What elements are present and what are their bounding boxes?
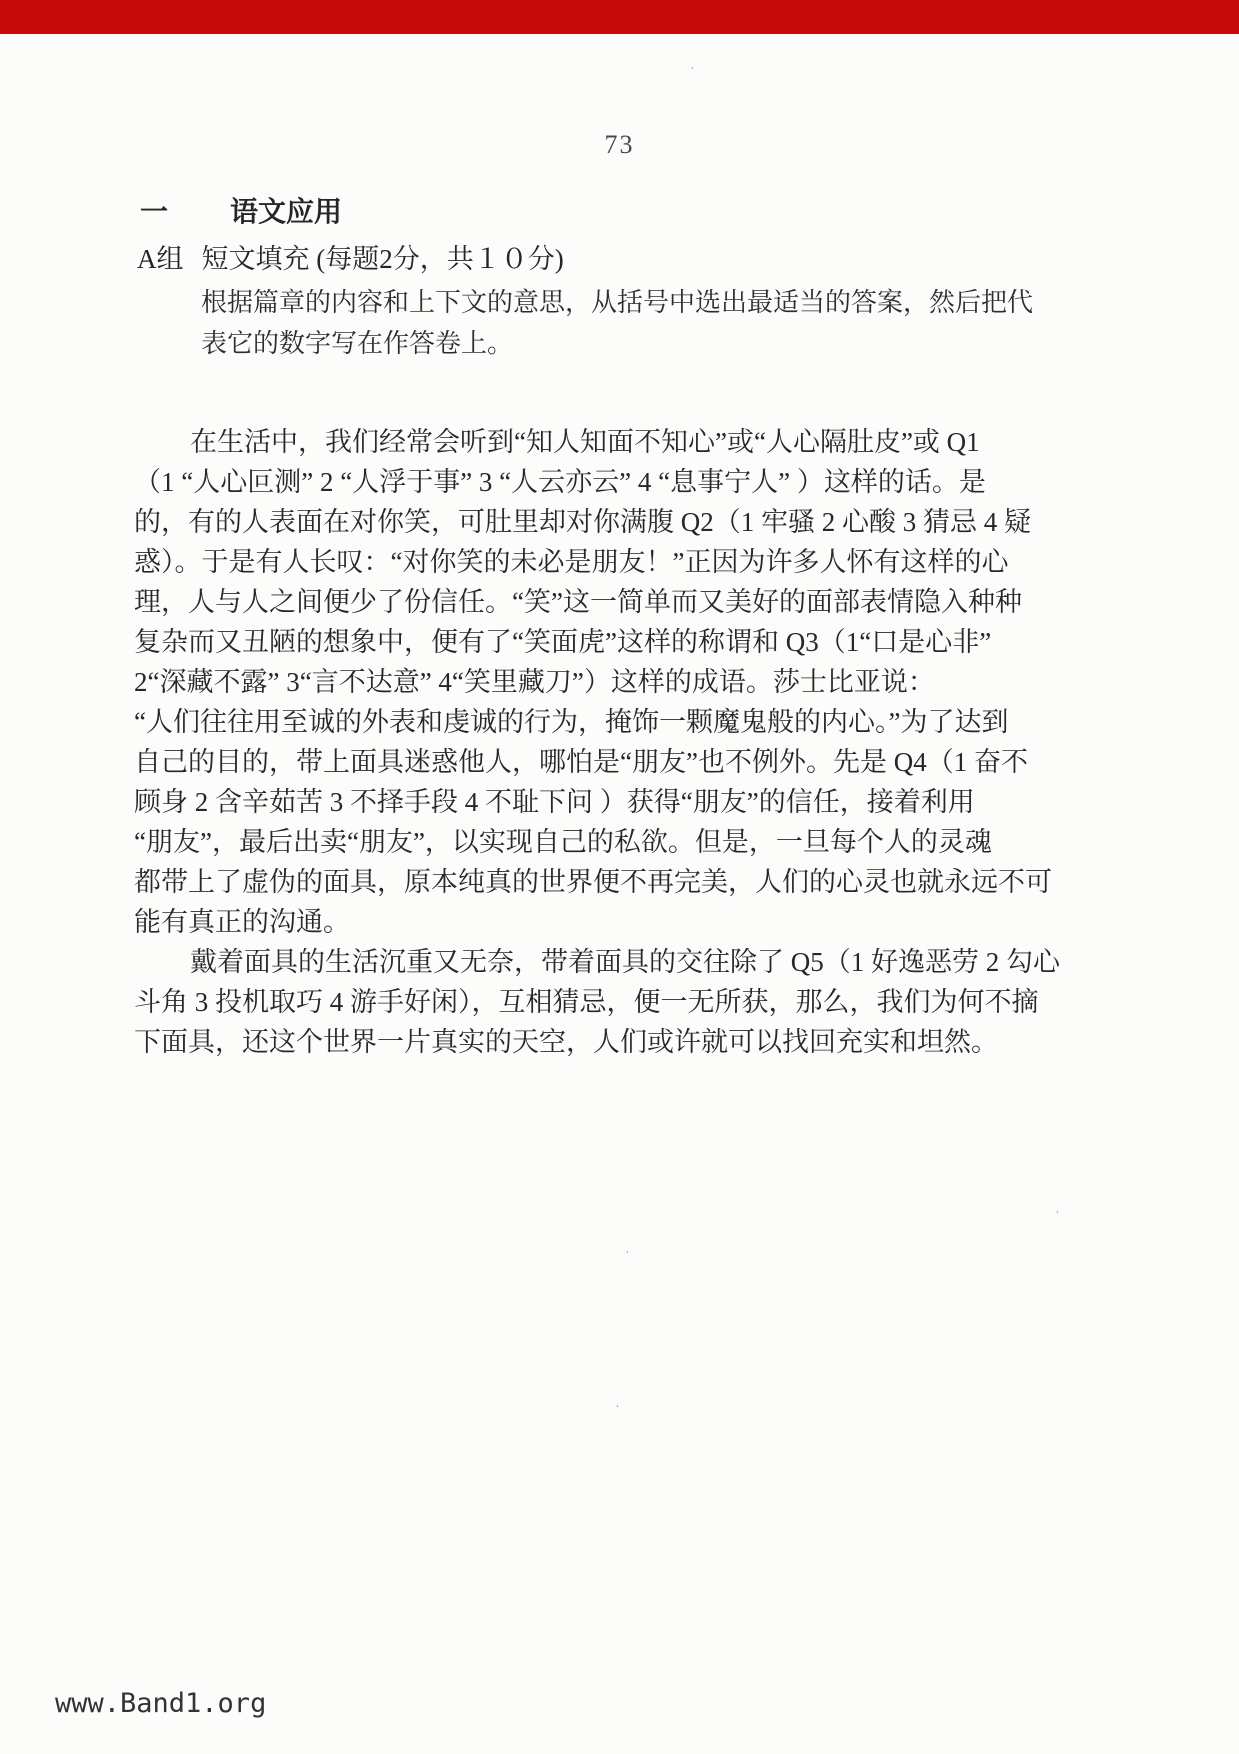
watermark: www.Band1.org bbox=[55, 1688, 266, 1719]
scanned-exam-page: 73 一 语文应用 A组 短文填充 (每题2分，共１０分) 根据篇章的内容和上下… bbox=[0, 0, 1239, 1754]
passage-line: “人们往往用至诚的外表和虔诚的行为，掩饰一颗魔鬼般的内心。”为了达到 bbox=[134, 702, 1114, 742]
passage-line: （1 “人心叵测” 2 “人浮于事” 3 “人云亦云” 4 “息事宁人” ）这样… bbox=[134, 462, 1114, 502]
page-number: 73 bbox=[0, 130, 1239, 160]
passage-line: 斗角 3 投机取巧 4 游手好闲），互相猜忌，便一无所获，那么，我们为何不摘 bbox=[134, 982, 1114, 1022]
passage-line: 顾身 2 含辛茹苦 3 不择手段 4 不耻下问 ）获得“朋友”的信任，接着利用 bbox=[134, 782, 1114, 822]
section-heading: 一 语文应用 bbox=[140, 190, 342, 230]
red-top-bar bbox=[0, 0, 1239, 34]
passage-line: 自己的目的，带上面具迷惑他人，哪怕是“朋友”也不例外。先是 Q4（1 奋不 bbox=[134, 742, 1114, 782]
passage-line: 复杂而又丑陋的想象中，便有了“笑面虎”这样的称谓和 Q3（1“口是心非” bbox=[134, 622, 1114, 662]
passage-line: “朋友”，最后出卖“朋友”，以实现自己的私欲。但是，一旦每个人的灵魂 bbox=[134, 822, 1114, 862]
passage-line: 理，人与人之间便少了份信任。“笑”这一简单而又美好的面部表情隐入种种 bbox=[134, 582, 1114, 622]
scan-speck: · bbox=[690, 62, 695, 78]
passage-line: 的，有的人表面在对你笑，可肚里却对你满腹 Q2（1 牢骚 2 心酸 3 猜忌 4… bbox=[134, 502, 1114, 542]
group-label: A组 bbox=[137, 237, 184, 276]
passage: 在生活中，我们经常会听到“知人知面不知心”或“人心隔肚皮”或 Q1 （1 “人心… bbox=[134, 422, 1114, 1062]
scan-speck: · bbox=[615, 1400, 620, 1416]
passage-line: 在生活中，我们经常会听到“知人知面不知心”或“人心隔肚皮”或 Q1 bbox=[134, 422, 1114, 462]
passage-line: 下面具，还这个世界一片真实的天空，人们或许就可以找回充实和坦然。 bbox=[134, 1022, 1114, 1062]
section-number: 一 bbox=[140, 190, 168, 230]
instructions: 根据篇章的内容和上下文的意思，从括号中选出最适当的答案，然后把代 表它的数字写在… bbox=[201, 282, 1033, 364]
passage-line: 能有真正的沟通。 bbox=[134, 902, 1114, 942]
passage-line: 戴着面具的生活沉重又无奈，带着面具的交往除了 Q5（1 好逸恶劳 2 勾心 bbox=[134, 942, 1114, 982]
instruction-line: 表它的数字写在作答卷上。 bbox=[201, 323, 1033, 364]
group-title: 短文填充 (每题2分，共１０分) bbox=[202, 237, 564, 276]
passage-line: 2“深藏不露” 3“言不达意” 4“笑里藏刀”）这样的成语。莎士比亚说： bbox=[134, 662, 1114, 702]
passage-line: 惑）。于是有人长叹：“对你笑的未必是朋友！”正因为许多人怀有这样的心 bbox=[134, 542, 1114, 582]
section-title: 语文应用 bbox=[230, 190, 342, 230]
scan-speck: · bbox=[625, 1246, 630, 1262]
instruction-line: 根据篇章的内容和上下文的意思，从括号中选出最适当的答案，然后把代 bbox=[201, 282, 1033, 323]
passage-line: 都带上了虚伪的面具，原本纯真的世界便不再完美，人们的心灵也就永远不可 bbox=[134, 862, 1114, 902]
scan-speck: · bbox=[1055, 1206, 1060, 1222]
group-heading: A组 短文填充 (每题2分，共１０分) bbox=[137, 237, 564, 276]
